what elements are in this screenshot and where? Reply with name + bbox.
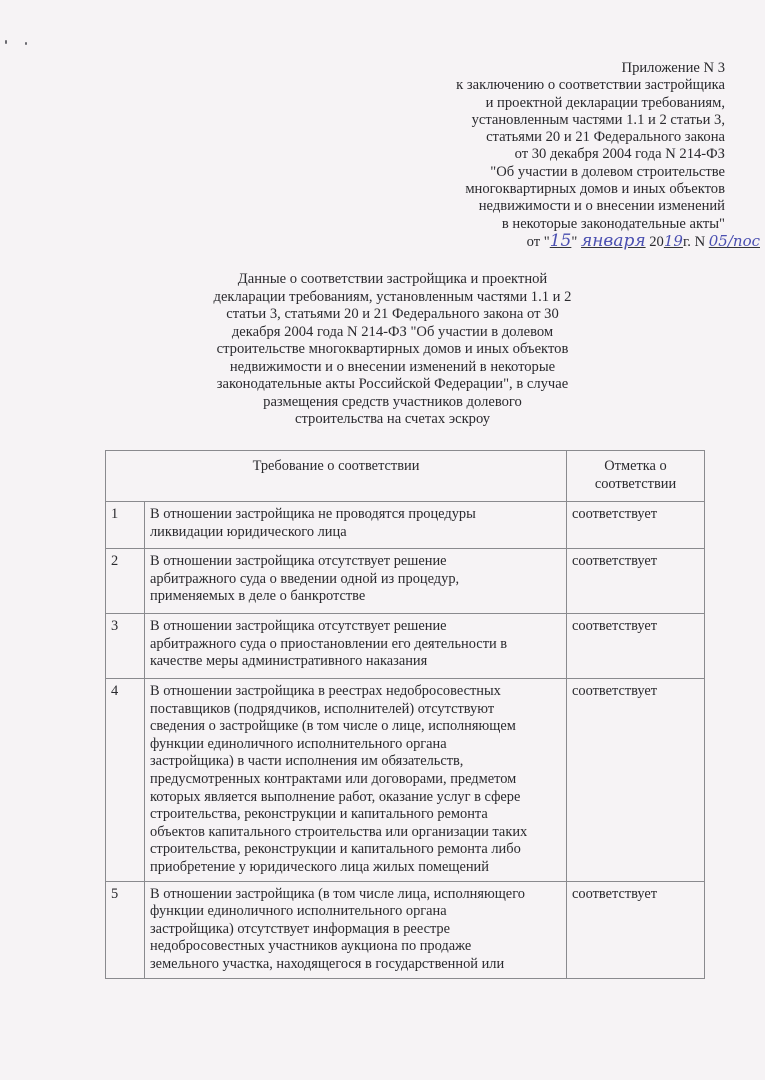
requirement-text: В отношении застройщика не проводятся пр… (145, 502, 567, 549)
row-number: 2 (106, 549, 145, 614)
title-line: размещения средств участников долевого (205, 394, 580, 412)
text-line: объектов капитального строительства или … (150, 824, 560, 842)
requirements-table: Требование о соответствии Отметка о соот… (105, 450, 705, 979)
handwritten-month: января (581, 231, 646, 251)
requirement-text: В отношении застройщика отсутствует реше… (145, 549, 567, 614)
date-quote: " (571, 234, 581, 250)
appendix-line: многоквартирных домов и иных объектов (365, 181, 725, 198)
text-line: В отношении застройщика отсутствует реше… (150, 618, 560, 636)
mark-column-header: Отметка о соответствии (567, 451, 705, 502)
text-line: строительства, реконструкции и капитальн… (150, 806, 560, 824)
scan-speck (25, 42, 27, 45)
title-line: декабря 2004 года N 214-ФЗ "Об участии в… (205, 324, 580, 342)
table-row: 2 В отношении застройщика отсутствует ре… (106, 549, 705, 614)
appendix-line: Приложение N 3 (365, 60, 725, 77)
text-line: В отношении застройщика (в том числе лиц… (150, 886, 560, 904)
title-line: статьи 3, статьями 20 и 21 Федерального … (205, 306, 580, 324)
appendix-header: Приложение N 3 к заключению о соответств… (365, 60, 725, 251)
document-title: Данные о соответствии застройщика и прое… (205, 271, 580, 429)
title-line: декларации требованиям, установленным ча… (205, 289, 580, 307)
text-line: приобретение у юридического лица жилых п… (150, 859, 560, 877)
text-line: сведения о застройщике (в том числе о ли… (150, 718, 560, 736)
table-row: 5 В отношении застройщика (в том числе л… (106, 881, 705, 978)
appendix-line: "Об участии в долевом строительстве (365, 164, 725, 181)
text-line: поставщиков (подрядчиков, исполнителей) … (150, 701, 560, 719)
compliance-mark: соответствует (567, 614, 705, 679)
table-row: 3 В отношении застройщика отсутствует ре… (106, 614, 705, 679)
text-line: ликвидации юридического лица (150, 524, 560, 542)
compliance-mark: соответствует (567, 679, 705, 882)
signature-date-line: от "15" января 2019г. N 05/пос (365, 233, 760, 251)
appendix-line: и проектной декларации требованиям, (365, 95, 725, 112)
date-prefix: от " (527, 234, 550, 250)
appendix-line: установленным частями 1.1 и 2 статьи 3, (365, 112, 725, 129)
table-row: 1 В отношении застройщика не проводятся … (106, 502, 705, 549)
handwritten-day: 15 (550, 231, 572, 251)
requirement-text: В отношении застройщика отсутствует реше… (145, 614, 567, 679)
title-line: законодательные акты Российской Федераци… (205, 376, 580, 394)
text-line: которых является выполнение работ, оказа… (150, 789, 560, 807)
text-line: застройщика) в части исполнения им обяза… (150, 753, 560, 771)
year-prefix: 20 (646, 234, 664, 250)
text-line: земельного участка, находящегося в госуд… (150, 956, 560, 974)
appendix-line: к заключению о соответствии застройщика (365, 77, 725, 94)
compliance-mark: соответствует (567, 881, 705, 978)
requirement-text: В отношении застройщика (в том числе лиц… (145, 881, 567, 978)
mark-header-line: Отметка о (604, 458, 666, 474)
text-line: В отношении застройщика отсутствует реше… (150, 553, 560, 571)
title-line: строительства на счетах эскроу (205, 411, 580, 429)
appendix-line: от 30 декабря 2004 года N 214-ФЗ (365, 146, 725, 163)
title-line: недвижимости и о внесении изменений в не… (205, 359, 580, 377)
text-line: недобросовестных участников аукциона по … (150, 938, 560, 956)
text-line: применяемых в деле о банкротстве (150, 588, 560, 606)
text-line: функции единоличного исполнительного орг… (150, 736, 560, 754)
requirement-text: В отношении застройщика в реестрах недоб… (145, 679, 567, 882)
requirement-column-header: Требование о соответствии (106, 451, 567, 502)
compliance-mark: соответствует (567, 549, 705, 614)
row-number: 1 (106, 502, 145, 549)
text-line: функции единоличного исполнительного орг… (150, 903, 560, 921)
text-line: арбитражного суда о введении одной из пр… (150, 571, 560, 589)
text-line: В отношении застройщика в реестрах недоб… (150, 683, 560, 701)
row-number: 3 (106, 614, 145, 679)
appendix-line: статьями 20 и 21 Федерального закона (365, 129, 725, 146)
table-header-row: Требование о соответствии Отметка о соот… (106, 451, 705, 502)
text-line: строительства, реконструкции и капитальн… (150, 841, 560, 859)
row-number: 4 (106, 679, 145, 882)
text-line: арбитражного суда о приостановлении его … (150, 636, 560, 654)
text-line: качестве меры административного наказани… (150, 653, 560, 671)
scan-speck (5, 40, 7, 44)
compliance-mark: соответствует (567, 502, 705, 549)
title-line: строительстве многоквартирных домов и ин… (205, 341, 580, 359)
title-line: Данные о соответствии застройщика и прое… (205, 271, 580, 289)
mark-header-line: соответствии (595, 476, 676, 492)
text-line: В отношении застройщика не проводятся пр… (150, 506, 560, 524)
handwritten-year: 19 (664, 232, 683, 250)
text-line: застройщика) отсутствует информация в ре… (150, 921, 560, 939)
year-suffix: г. N (683, 234, 709, 250)
appendix-line: недвижимости и о внесении изменений (365, 198, 725, 215)
handwritten-number: 05/пос (709, 232, 760, 250)
text-line: предусмотренных контрактами или договора… (150, 771, 560, 789)
table-row: 4 В отношении застройщика в реестрах нед… (106, 679, 705, 882)
appendix-line: в некоторые законодательные акты" (365, 216, 725, 233)
row-number: 5 (106, 881, 145, 978)
